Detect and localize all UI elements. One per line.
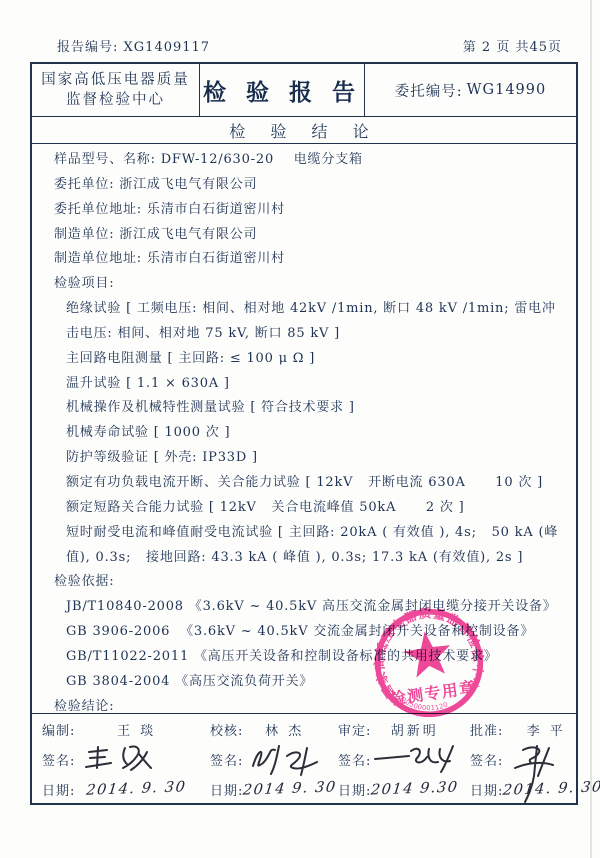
signature-linjie-icon — [245, 742, 325, 778]
date-value: 2014 9. 30 — [242, 779, 337, 798]
role-label: 编制: — [42, 720, 75, 739]
date-label: 日期: — [210, 780, 243, 799]
signature-huxinming-icon — [373, 742, 459, 776]
signature-wangyan — [75, 744, 198, 774]
inspection-report-page: 报告编号: XG1409117 第 2 页 共45页 国家高低压电器质量 监督检… — [0, 0, 600, 858]
signature-wangyan-icon — [77, 742, 173, 776]
date-value: 2014. 9. 30 — [74, 779, 199, 799]
report-line: 检验依据: — [46, 570, 566, 595]
date-value: 2014. 9. 30 — [502, 779, 600, 798]
report-line: 制造单位地址: 乐清市白石街道密川村 — [46, 247, 566, 272]
sign-label: 签名: — [210, 750, 243, 769]
sign-label: 签名: — [470, 750, 503, 769]
org-name-line1: 国家高低压电器质量 — [41, 70, 190, 90]
report-header-row: 国家高低压电器质量 监督检验中心 检 验 报 告 委托编号: WG14990 — [32, 64, 576, 117]
report-table: 国家高低压电器质量 监督检验中心 检 验 报 告 委托编号: WG14990 检… — [30, 62, 578, 805]
org-name-line2: 监督检验中心 — [66, 90, 165, 110]
commission-value: WG14990 — [467, 82, 547, 98]
report-line: 检验项目: — [46, 272, 566, 297]
section-title: 检 验 结 论 — [32, 117, 576, 144]
report-line: 额定有功负载电流开断、关合能力试验 [ 12kV 开断电流 630A 10 次 … — [46, 471, 566, 496]
page-indicator: 第 2 页 共45页 — [463, 36, 562, 55]
report-number: 报告编号: XG1409117 — [57, 36, 210, 55]
report-line: JB/T10840-2008 《3.6kV ~ 40.5kV 高压交流金属封闭电… — [46, 595, 566, 620]
report-line: 短时耐受电流和峰值耐受电流试验 [ 主回路: 20kA ( 有效值 ), 4s;… — [46, 521, 566, 571]
report-line: 制造单位: 浙江成飞电气有限公司 — [46, 223, 566, 248]
role-name: 李 平 — [503, 720, 589, 739]
date-value: 2014 9.30 — [370, 779, 459, 798]
footer-col-shending: 审定:胡新明 签名: 日期:2014 9.30 — [328, 714, 460, 804]
report-line: GB 3906-2006 《3.6kV ~ 40.5kV 交流金属封闭开关设备和… — [46, 620, 566, 645]
sign-label: 签名: — [338, 750, 371, 769]
role-name: 林 杰 — [243, 720, 326, 739]
signature-liping — [503, 744, 589, 774]
date-label: 日期: — [338, 780, 371, 799]
report-title: 检 验 报 告 — [200, 64, 365, 116]
report-line: 样品型号、名称: DFW-12/630-20 电缆分支箱 — [46, 148, 566, 173]
commission-label: 委托编号: — [395, 80, 463, 101]
report-line: GB/T11022-2011 《高压开关设备和控制设备标准的共用技术要求》 — [46, 645, 566, 670]
date-label: 日期: — [470, 780, 503, 799]
report-line: 主回路电阻测量 [ 主回路: ≤ 100 μ Ω ] — [46, 347, 566, 372]
report-line: 机械操作及机械特性测量试验 [ 符合技术要求 ] — [46, 396, 566, 421]
org-name: 国家高低压电器质量 监督检验中心 — [32, 64, 200, 116]
footer-col-pizhun: 批准:李 平 签名: 日期:2014. 9. 30 — [460, 714, 591, 804]
footer-col-jiaohe: 校核:林 杰 签名: 日期:2014 9. 30 — [200, 714, 328, 804]
report-line: 委托单位地址: 乐清市白石街道密川村 — [46, 198, 566, 223]
signature-footer: 编制:王 琰 签名: 日期:2014. 9. 30 校核:林 杰 — [32, 713, 576, 803]
signature-linjie — [243, 744, 326, 774]
report-line: 机械寿命试验 [ 1000 次 ] — [46, 421, 566, 446]
signature-huxinming — [371, 744, 458, 774]
role-label: 审定: — [338, 720, 371, 739]
report-line: GB 3804-2004 《高压交流负荷开关》 — [46, 670, 566, 695]
date-label: 日期: — [42, 780, 75, 799]
report-line: 绝缘试验 [ 工频电压: 相间、相对地 42kV /1min, 断口 48 kV… — [46, 297, 566, 347]
role-label: 校核: — [210, 720, 243, 739]
report-body: 样品型号、名称: DFW-12/630-20 电缆分支箱委托单位: 浙江成飞电气… — [32, 144, 576, 716]
top-bar: 报告编号: XG1409117 第 2 页 共45页 — [57, 36, 562, 55]
sign-label: 签名: — [42, 750, 75, 769]
report-line: 温升试验 [ 1.1 × 630A ] — [46, 372, 566, 397]
role-name: 胡新明 — [371, 720, 458, 739]
role-name: 王 琰 — [75, 720, 198, 739]
report-line: 委托单位: 浙江成飞电气有限公司 — [46, 173, 566, 198]
commission-number: 委托编号: WG14990 — [365, 64, 576, 116]
report-line: 防护等级验证 [ 外壳: IP33D ] — [46, 446, 566, 471]
footer-col-bianzhi: 编制:王 琰 签名: 日期:2014. 9. 30 — [32, 714, 200, 804]
role-label: 批准: — [470, 720, 503, 739]
report-line: 额定短路关合能力试验 [ 12kV 关合电流峰值 50kA 2 次 ] — [46, 496, 566, 521]
